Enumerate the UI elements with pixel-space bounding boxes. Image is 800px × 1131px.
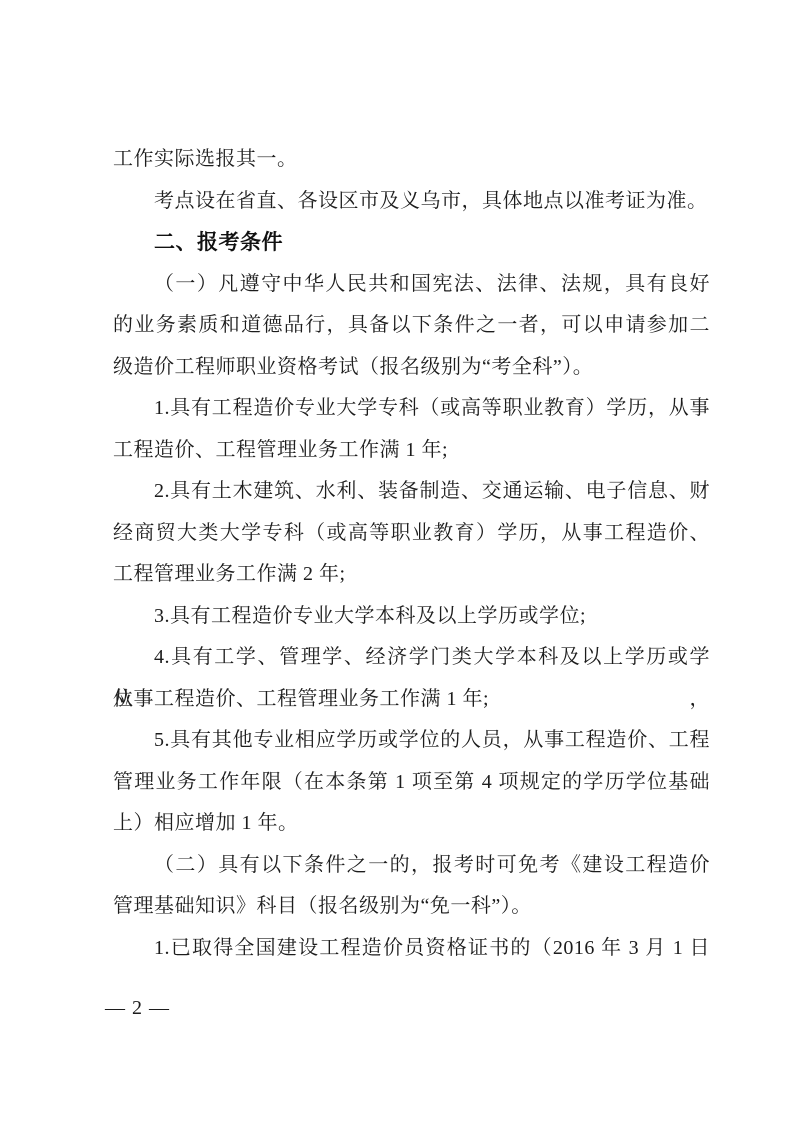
- list-item-4: 4.具有工学、管理学、经济学门类大学本科及以上学历或学位，: [113, 637, 710, 679]
- text-line: 上）相应增加 1 年。: [113, 803, 710, 845]
- section-heading: 二、报考条件: [113, 222, 710, 264]
- text-line: 管理基础知识》科目（报名级别为“免一科”）。: [113, 886, 710, 928]
- text-line: 的业务素质和道德品行，具备以下条件之一者，可以申请参加二: [113, 305, 710, 347]
- text-line: 考点设在省直、各设区市及义乌市，具体地点以准考证为准。: [113, 181, 710, 223]
- list-item-5: 5.具有其他专业相应学历或学位的人员，从事工程造价、工程: [113, 720, 710, 762]
- document-page: 工作实际选报其一。 考点设在省直、各设区市及义乌市，具体地点以准考证为准。 二、…: [0, 0, 800, 1131]
- text-line: 工程管理业务工作满 2 年;: [113, 554, 710, 596]
- list-item-3: 3.具有工程造价专业大学本科及以上学历或学位;: [113, 596, 710, 638]
- page-number: — 2 —: [105, 997, 170, 1020]
- text-line: 工程造价、工程管理业务工作满 1 年;: [113, 430, 710, 472]
- list-item-2: 2.具有土木建筑、水利、装备制造、交通运输、电子信息、财: [113, 471, 710, 513]
- text-line: 管理业务工作年限（在本条第 1 项至第 4 项规定的学历学位基础: [113, 762, 710, 804]
- text-line: 经商贸大类大学专科（或高等职业教育）学历，从事工程造价、: [113, 513, 710, 555]
- text-line: 级造价工程师职业资格考试（报名级别为“考全科”）。: [113, 347, 710, 389]
- text-line: （一）凡遵守中华人民共和国宪法、法律、法规，具有良好: [113, 264, 710, 306]
- text-line: 工作实际选报其一。: [113, 139, 710, 181]
- list-item-1: 1.具有工程造价专业大学专科（或高等职业教育）学历，从事: [113, 388, 710, 430]
- document-body: 工作实际选报其一。 考点设在省直、各设区市及义乌市，具体地点以准考证为准。 二、…: [113, 139, 710, 969]
- list-item-1b: 1.已取得全国建设工程造价员资格证书的（2016 年 3 月 1 日: [113, 928, 710, 970]
- text-line: （二）具有以下条件之一的，报考时可免考《建设工程造价: [113, 845, 710, 887]
